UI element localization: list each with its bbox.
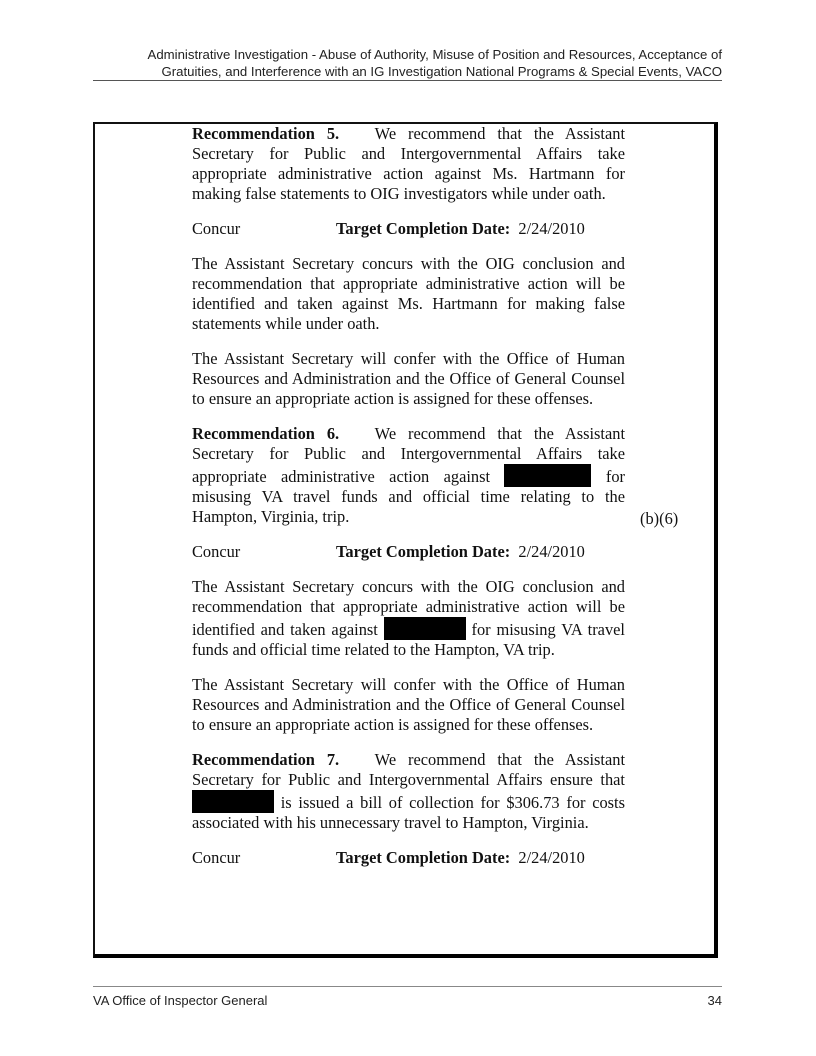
- response-paragraph: The Assistant Secretary concurs with the…: [192, 577, 625, 660]
- redaction-block: [504, 464, 591, 487]
- page-number: 34: [708, 993, 722, 1008]
- response-paragraph: The Assistant Secretary concurs with the…: [192, 254, 625, 334]
- target-date: 2/24/2010: [518, 219, 584, 238]
- concur-status: Concur: [192, 848, 240, 868]
- footer-divider: [93, 986, 722, 987]
- recommendation-title: Recommendation 6.: [192, 424, 339, 443]
- target-label: Target Completion Date:: [336, 219, 510, 238]
- response-paragraph: The Assistant Secretary will confer with…: [192, 675, 625, 735]
- response-paragraph: The Assistant Secretary will confer with…: [192, 349, 625, 409]
- target-completion: Target Completion Date: 2/24/2010: [336, 542, 585, 562]
- concur-row: Concur Target Completion Date: 2/24/2010: [192, 848, 625, 868]
- recommendation-5: Recommendation 5. We recommend that the …: [192, 124, 625, 204]
- redaction-block: [192, 790, 274, 813]
- footer-organization: VA Office of Inspector General: [93, 993, 267, 1008]
- target-label: Target Completion Date:: [336, 848, 510, 867]
- target-date: 2/24/2010: [518, 848, 584, 867]
- target-completion: Target Completion Date: 2/24/2010: [336, 219, 585, 239]
- recommendation-7: Recommendation 7. We recommend that the …: [192, 750, 625, 833]
- target-date: 2/24/2010: [518, 542, 584, 561]
- header-divider: [93, 80, 722, 81]
- target-completion: Target Completion Date: 2/24/2010: [336, 848, 585, 868]
- recommendation-title: Recommendation 7.: [192, 750, 339, 769]
- running-header: Administrative Investigation - Abuse of …: [93, 46, 722, 80]
- concur-row: Concur Target Completion Date: 2/24/2010: [192, 219, 625, 239]
- recommendation-title: Recommendation 5.: [192, 124, 339, 143]
- recommendation-6: Recommendation 6. We recommend that the …: [192, 424, 625, 527]
- concur-row: Concur Target Completion Date: 2/24/2010: [192, 542, 625, 562]
- header-line-1: Administrative Investigation - Abuse of …: [93, 46, 722, 63]
- redaction-block: [384, 617, 466, 640]
- header-line-2: Gratuities, and Interference with an IG …: [93, 63, 722, 80]
- concur-status: Concur: [192, 542, 240, 562]
- target-label: Target Completion Date:: [336, 542, 510, 561]
- concur-status: Concur: [192, 219, 240, 239]
- recommendations-content: Recommendation 5. We recommend that the …: [192, 124, 625, 883]
- foia-exemption-marker: (b)(6): [640, 509, 678, 529]
